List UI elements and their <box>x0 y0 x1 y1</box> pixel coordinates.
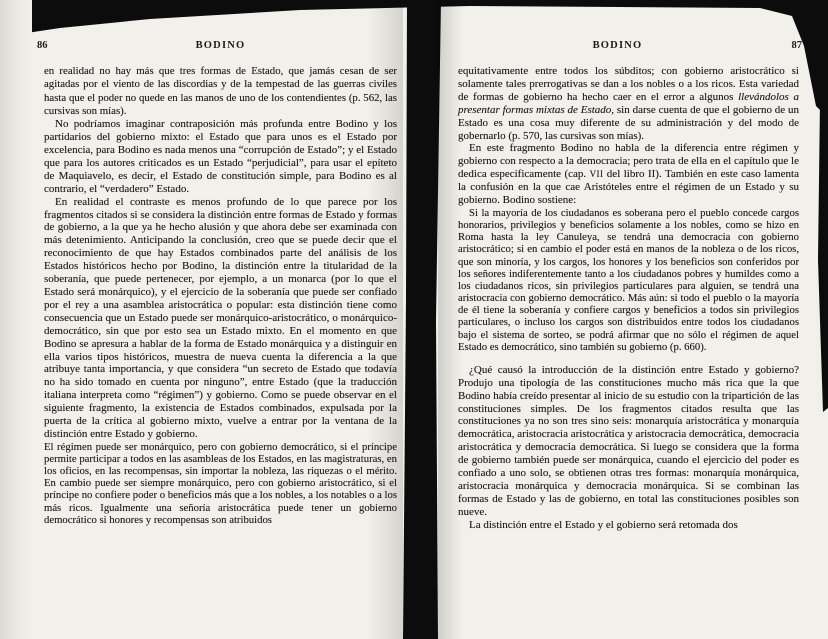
text-segment: En realidad el contraste es menos profun… <box>44 196 397 440</box>
running-head-left: BODINO <box>44 40 397 51</box>
page-right-text: equitativamente entre todos los súbditos… <box>458 65 799 532</box>
quotation-block: El régimen puede ser monárquico, pero co… <box>44 441 397 526</box>
quotation-block: Si la mayoría de los ciudadanos es sober… <box>458 207 799 353</box>
text-segment: El régimen puede ser monárquico, pero co… <box>44 441 397 526</box>
quotation-block: en realidad no hay más que tres formas d… <box>44 65 397 118</box>
text-segment: No podríamos imaginar contraposición más… <box>44 118 397 195</box>
paragraph: En este fragmento Bodino no habla de la … <box>458 142 799 207</box>
running-head-right: BODINO <box>447 40 788 51</box>
page-left-text: en realidad no hay más que tres formas d… <box>44 65 397 526</box>
page-left-header: 86 BODINO <box>44 40 397 54</box>
page-number-right: 87 <box>792 40 803 51</box>
paragraph: En realidad el contraste es menos profun… <box>44 196 397 441</box>
text-segment: vii <box>590 169 604 179</box>
text-segment: en realidad no hay más que tres formas d… <box>44 65 397 117</box>
text-segment: ¿Qué causó la introducción de la distinc… <box>458 364 799 518</box>
paragraph: No podríamos imaginar contraposición más… <box>44 118 397 195</box>
text-segment: Si la mayoría de los ciudadanos es sober… <box>458 207 799 353</box>
page-right-header: BODINO 87 <box>458 40 799 54</box>
paragraph: equitativamente entre todos los súbditos… <box>458 65 799 142</box>
text-segment: La distinción entre el Estado y el gobie… <box>469 519 738 531</box>
page-right: BODINO 87 equitativamente entre todos lo… <box>458 40 799 532</box>
scanned-book-spread: 86 BODINO en realidad no hay más que tre… <box>0 0 828 639</box>
paragraph: La distinción entre el Estado y el gobie… <box>458 519 799 532</box>
paragraph: ¿Qué causó la introducción de la distinc… <box>458 364 799 519</box>
page-left: 86 BODINO en realidad no hay más que tre… <box>44 40 397 526</box>
scan-left-margin <box>0 0 32 639</box>
